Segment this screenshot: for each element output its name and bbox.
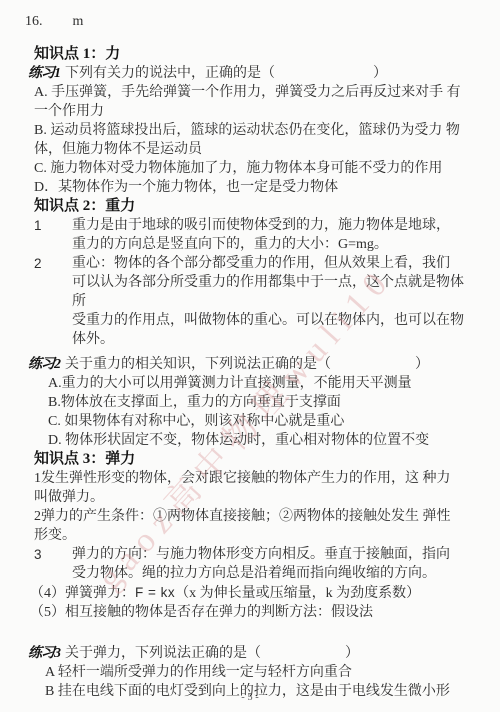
kp1-option-b: B. 运动员将篮球投出后，篮球的运动状态仍在变化，篮球仍为受力 物 体，但施力物… [34,121,472,159]
kp1-option-d: D．某物体作为一个施力物体，也一定是受力物体 [34,178,472,197]
kp2-item-2-text: 重心：物体的各个部分都受重力的作用，但从效果上看，我们 可以认为各部分所受重力的… [72,254,472,349]
kp3-item-4: （4）弹簧弹力：F = kx（x 为伸长量或压缩量，k 为劲度系数） [30,583,472,603]
kp1-exercise-line: 练习1下列有关力的说法中，正确的是（ ） [28,64,472,83]
kp3-item-5: （5）相互接触的物体是否存在弹力的判断方法：假设法 [30,603,472,622]
kp2-option-b: B.物体放在支撑面上，重力的方向垂直于支撑面 [48,393,472,412]
kp3-exercise-label: 练习3 [28,646,60,661]
document-page: gaoz高中物理wuli10 16.m 知识点 1：力 练习1下列有关力的说法中… [0,0,500,712]
kp2-exercise-line: 练习2关于重力的相关知识，下列说法正确的是（ ） [28,355,472,374]
kp3-exercise-line: 练习3关于弹力，下列说法正确的是（ ） [28,644,472,663]
spring-force-formula: F = kx [135,585,175,600]
kp2-item-1-number: 1 [34,216,72,254]
kp2-option-a: A.重力的大小可以用弹簧测力计直接测量，不能用天平测量 [48,374,472,393]
kp3-heading: 知识点 3：弹力 [34,450,472,469]
kp3-item-3-text: 弹力的方向：与施力物体形变方向相反。垂直于接触面，指向 受力物体。绳的拉力方向总… [72,545,472,583]
kp3-para-1: 1发生弹性形变的物体，会对跟它接触的物体产生力的作用，这 种力 叫做弹力。 [34,469,472,507]
kp1-option-a: A. 手压弹簧，手先给弹簧一个作用力，弹簧受力之后再反过来对手 有 一个作用力 [34,83,472,121]
kp3-para-2: 2弹力的产生条件：①两物体直接接触；②两物体的接触处发生 弹性 形变。 [34,507,472,545]
page-number: - 5 - [0,688,500,707]
kp2-heading: 知识点 2：重力 [34,197,472,216]
kp3-item-4-suffix: （x 为伸长量或压缩量，k 为劲度系数） [175,586,420,601]
question-16-line: 16.m [25,12,472,31]
kp2-item-1: 1 重力是由于地球的吸引而使物体受到的力，施力物体是地球， 重力的方向总是竖直向… [34,216,472,254]
kp2-option-c: C. 如果物体有对称中心，则该对称中心就是重心 [48,412,472,431]
kp2-exercise-label: 练习2 [28,357,60,372]
kp2-item-1-text: 重力是由于地球的吸引而使物体受到的力，施力物体是地球， 重力的方向总是竖直向下的… [72,216,472,254]
kp3-exercise-question: 关于弹力，下列说法正确的是（ ） [65,646,359,661]
kp3-item-4-prefix: （4）弹簧弹力： [30,586,135,601]
kp2-exercise-question: 关于重力的相关知识，下列说法正确的是（ ） [65,357,429,372]
kp3-option-a: A 轻杆一端所受弹力的作用线一定与轻杆方向重合 [45,663,472,682]
question-number: 16. [25,14,43,29]
kp1-exercise-question: 下列有关力的说法中，正确的是（ ） [65,66,387,81]
kp2-option-d: D. 物体形状固定不变，物体运动时，重心相对物体的位置不变 [48,431,472,450]
kp1-option-c: C. 施力物体对受力物体施加了力，施力物体本身可能不受力的作用 [34,159,472,178]
kp2-item-2: 2 重心：物体的各个部分都受重力的作用，但从效果上看，我们 可以认为各部分所受重… [34,254,472,349]
question-answer: m [73,14,84,29]
kp3-item-3-number: 3 [34,545,72,583]
kp2-item-2-number: 2 [34,254,72,349]
kp3-item-3: 3 弹力的方向：与施力物体形变方向相反。垂直于接触面，指向 受力物体。绳的拉力方… [34,545,472,583]
kp1-heading: 知识点 1：力 [34,45,472,64]
kp1-exercise-label: 练习1 [28,66,60,81]
